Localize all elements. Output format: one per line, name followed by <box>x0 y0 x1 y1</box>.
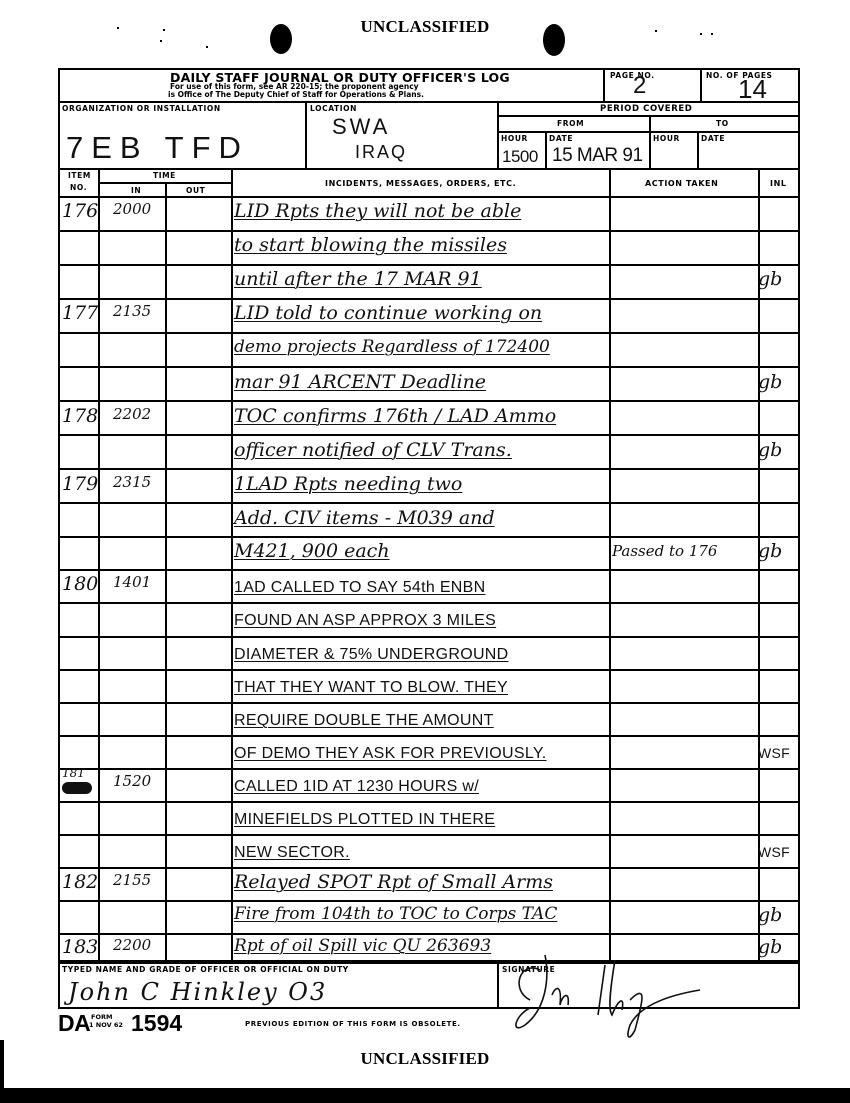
entry-text: officer notified of CLV Trans. <box>234 439 512 461</box>
entry-text: M421, 900 each <box>234 540 390 562</box>
classification-top: UNCLASSIFIED <box>0 17 850 37</box>
row-divider <box>58 264 800 266</box>
header-incidents: INCIDENTS, MESSAGES, ORDERS, ETC. <box>325 179 516 188</box>
from-date-value: 15 MAR 91 <box>552 145 643 167</box>
entry-text: mar 91 ARCENT Deadline <box>234 371 486 393</box>
row-divider <box>58 735 800 737</box>
row-divider <box>58 834 800 836</box>
scribbled-out-mark <box>62 782 92 794</box>
classification-bottom: UNCLASSIFIED <box>0 1049 850 1069</box>
divider <box>545 131 547 168</box>
divider <box>58 168 800 170</box>
time-in: 1520 <box>113 772 151 790</box>
entry-text: demo projects Regardless of 172400 <box>234 337 550 357</box>
time-in: 2000 <box>113 200 151 218</box>
scan-speck <box>700 33 702 35</box>
entry-text: NEW SECTOR. <box>234 844 350 862</box>
entry-text: Rpt of oil Spill vic QU 263693 <box>234 936 491 956</box>
row-divider <box>58 400 800 402</box>
page-no-value: 2 <box>633 72 646 100</box>
item-no: 179 <box>62 473 98 495</box>
row-divider <box>58 230 800 232</box>
row-divider <box>58 366 800 368</box>
row-divider <box>58 933 800 935</box>
scan-speck <box>655 30 657 32</box>
entry-text: TOC confirms 176th / LAD Ammo <box>234 405 556 427</box>
time-in: 2200 <box>113 936 151 954</box>
row-divider <box>58 332 800 334</box>
entry-text: Add. CIV items - M039 and <box>234 507 495 529</box>
form-date: 1 NOV 62 <box>89 1022 123 1029</box>
typed-name-value: John C Hinkley O3 <box>68 978 327 1006</box>
form-subtitle-line2: is Office of The Deputy Chief of Staff f… <box>168 91 424 99</box>
initials: gb <box>758 268 782 290</box>
col-divider <box>231 168 233 962</box>
scan-edge <box>0 1040 4 1090</box>
signature-icon <box>490 940 730 1040</box>
row-divider <box>58 669 800 671</box>
divider <box>697 131 699 168</box>
item-no: 180 <box>62 573 98 595</box>
form-da-label: DA <box>58 1010 90 1037</box>
to-hour-label: HOUR <box>653 134 680 143</box>
time-in: 2135 <box>113 302 151 320</box>
location-line1: SWA <box>332 114 390 140</box>
row-divider <box>58 502 800 504</box>
entry-text: DIAMETER & 75% UNDERGROUND <box>234 646 509 664</box>
time-in: 2315 <box>113 473 151 491</box>
col-divider <box>609 168 611 962</box>
divider <box>497 101 499 168</box>
form-label: FORM <box>91 1014 112 1021</box>
time-in: 2155 <box>113 871 151 889</box>
initials: gb <box>758 904 782 926</box>
col-divider <box>98 168 100 962</box>
entry-text: to start blowing the missiles <box>234 234 507 256</box>
entry-text: 1LAD Rpts needing two <box>234 473 462 495</box>
scan-speck <box>163 29 165 31</box>
row-divider <box>58 536 800 538</box>
item-no: 176 <box>62 200 98 222</box>
entry-text: LID Rpts they will not be able <box>234 200 521 222</box>
header-item: ITEM <box>68 171 91 180</box>
entry-text: Fire from 104th to TOC to Corps TAC <box>234 904 557 924</box>
entry-text: MINEFIELDS PLOTTED IN THERE <box>234 811 495 829</box>
row-divider <box>58 468 800 470</box>
header-in: IN <box>131 186 141 195</box>
divider <box>58 196 800 198</box>
row-divider <box>58 602 800 604</box>
initials: gb <box>758 371 782 393</box>
item-no: 178 <box>62 405 98 427</box>
entry-text: CALLED 1ID AT 1230 HOURS w/ <box>234 778 479 796</box>
divider <box>58 101 800 103</box>
row-divider <box>58 801 800 803</box>
initials: gb <box>758 936 782 958</box>
scan-speck <box>206 46 208 48</box>
initials: WSF <box>758 844 790 860</box>
header-time: TIME <box>153 171 176 180</box>
scan-speck <box>117 27 119 29</box>
divider <box>305 101 307 168</box>
entry-text: OF DEMO THEY ASK FOR PREVIOUSLY. <box>234 745 547 763</box>
row-divider <box>58 867 800 869</box>
item-no: 183 <box>62 936 98 958</box>
from-hour-value: 1500 <box>502 147 538 167</box>
item-no: 182 <box>62 871 98 893</box>
header-out: OUT <box>186 186 205 195</box>
scan-speck <box>160 40 162 42</box>
divider <box>700 68 702 101</box>
scan-speck <box>711 33 713 35</box>
typed-name-label: TYPED NAME AND GRADE OF OFFICER OR OFFIC… <box>62 965 349 974</box>
divider <box>649 115 651 168</box>
scan-edge <box>0 1088 850 1103</box>
form-number: 1594 <box>131 1010 182 1037</box>
to-label: TO <box>716 119 729 128</box>
initials: WSF <box>758 745 790 761</box>
entry-text: REQUIRE DOUBLE THE AMOUNT <box>234 712 494 730</box>
row-divider <box>58 636 800 638</box>
entry-text: THAT THEY WANT TO BLOW. THEY <box>234 679 508 697</box>
punch-hole-left <box>270 24 292 54</box>
row-divider <box>58 298 800 300</box>
organization-value: 7EB TFD <box>66 130 249 166</box>
location-line2: IRAQ <box>355 142 407 163</box>
row-divider <box>58 702 800 704</box>
to-date-label: DATE <box>701 134 725 143</box>
from-date-label: DATE <box>549 134 573 143</box>
obsolete-note: PREVIOUS EDITION OF THIS FORM IS OBSOLET… <box>245 1020 461 1028</box>
period-covered-label: PERIOD COVERED <box>600 104 692 114</box>
no-of-pages-value: 14 <box>738 74 767 105</box>
row-divider <box>58 434 800 436</box>
header-action-taken: ACTION TAKEN <box>645 179 718 188</box>
time-in: 2202 <box>113 405 151 423</box>
row-divider <box>58 900 800 902</box>
entry-text: Relayed SPOT Rpt of Small Arms <box>234 871 553 893</box>
item-no: 181 <box>62 766 85 780</box>
entry-text: FOUND AN ASP APPROX 3 MILES <box>234 612 496 630</box>
time-in: 1401 <box>113 573 151 591</box>
location-label: LOCATION <box>310 104 357 113</box>
initials: gb <box>758 439 782 461</box>
punch-hole-right <box>543 24 565 56</box>
from-label: FROM <box>557 119 584 128</box>
from-hour-label: HOUR <box>501 134 528 143</box>
initials: gb <box>758 540 782 562</box>
header-item-no: NO. <box>70 183 87 192</box>
entry-text: 1AD CALLED TO SAY 54th ENBN <box>234 579 485 597</box>
entry-text: until after the 17 MAR 91 <box>234 268 482 290</box>
organization-label: ORGANIZATION OR INSTALLATION <box>62 104 221 113</box>
row-divider <box>58 569 800 571</box>
row-divider <box>58 768 800 770</box>
divider <box>603 68 605 101</box>
entry-text: LID told to continue working on <box>234 302 542 324</box>
action-taken: Passed to 176 <box>612 542 717 560</box>
header-inl: INL <box>770 179 787 188</box>
item-no: 177 <box>62 302 98 324</box>
